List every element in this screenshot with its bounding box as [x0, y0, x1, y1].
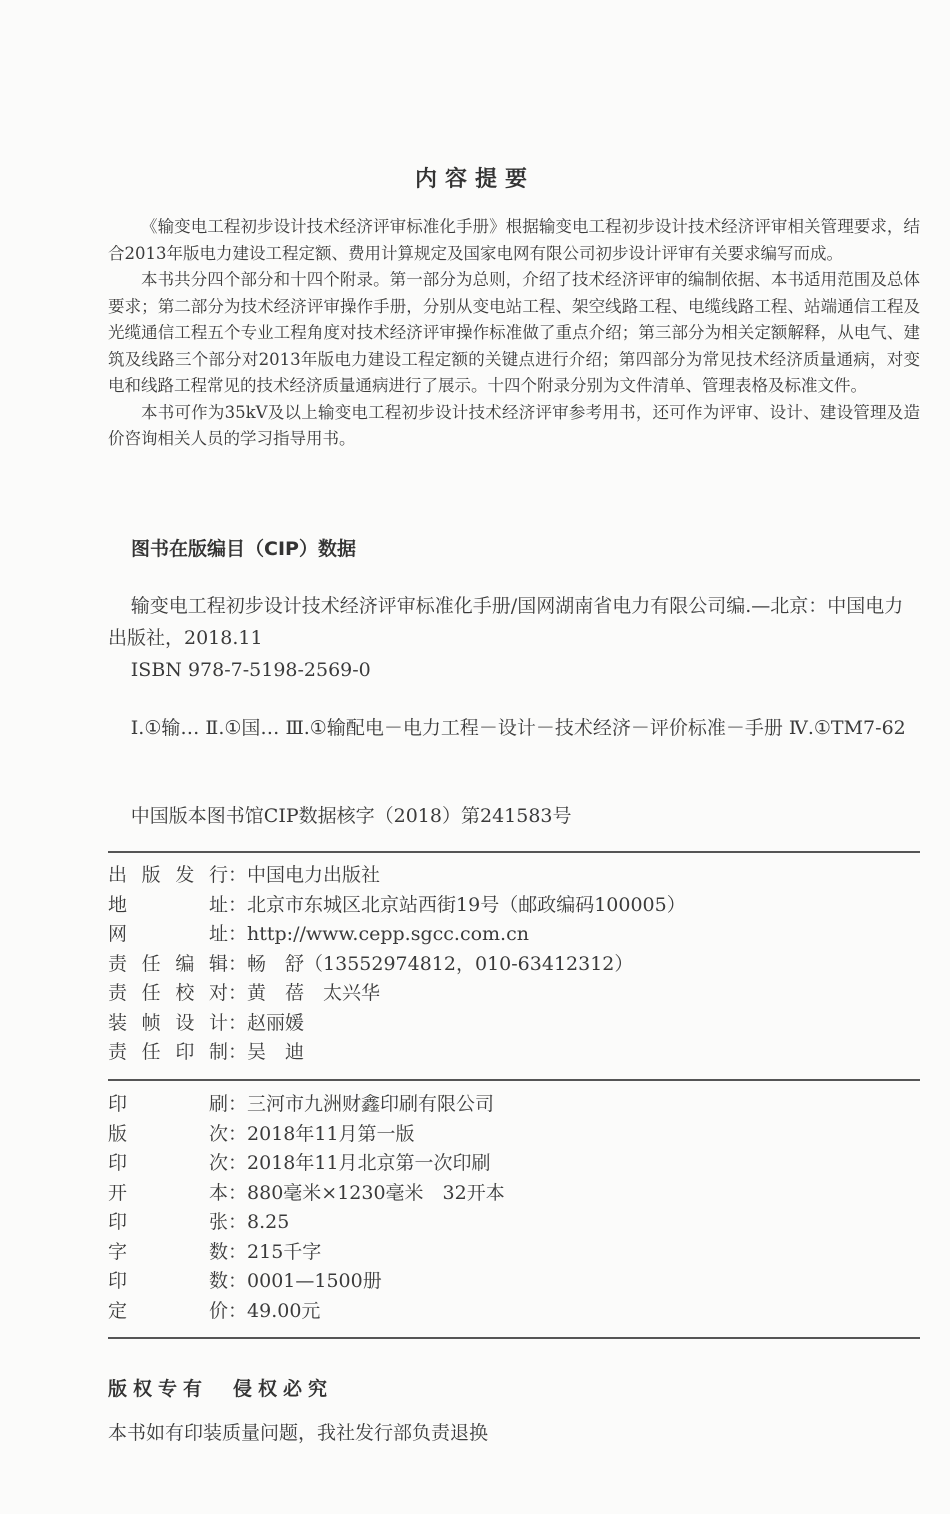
- info-label: 印次: [108, 1149, 228, 1179]
- info-value: 8.25: [247, 1208, 920, 1238]
- info-row-word-count: 字数 ：215千字: [108, 1238, 920, 1268]
- website-link: http://www.cepp.sgcc.com.cn: [247, 920, 920, 950]
- divider: [108, 1337, 920, 1339]
- cip-heading: 图书在版编目（CIP）数据: [131, 534, 356, 561]
- info-row-designer: 装帧设计 ：赵丽媛: [108, 1009, 920, 1039]
- info-label: 网址: [108, 920, 228, 950]
- cip-isbn: ISBN 978-7-5198-2569-0: [108, 654, 920, 686]
- info-row-printing: 印次 ：2018年11月北京第一次印刷: [108, 1149, 920, 1179]
- info-label: 印数: [108, 1267, 228, 1297]
- info-label: 定价: [108, 1297, 228, 1327]
- cip-classification-block: Ⅰ.①输… Ⅱ.①国… Ⅲ.①输配电－电力工程－设计－技术经济－评价标准－手册 …: [108, 712, 920, 744]
- info-label: 责任印制: [108, 1038, 228, 1068]
- info-value: 三河市九洲财鑫印刷有限公司: [247, 1090, 920, 1120]
- summary-paragraph: 本书可作为35kV及以上输变电工程初步设计技术经济评审参考用书，还可作为评审、设…: [108, 400, 920, 453]
- cip-number-block: 中国版本图书馆CIP数据核字（2018）第241583号: [108, 800, 920, 832]
- info-value: 畅 舒（13552974812，010-63412312）: [247, 950, 920, 980]
- info-row-proofreader: 责任校对 ：黄 蓓 太兴华: [108, 979, 920, 1009]
- info-row-edition: 版次 ：2018年11月第一版: [108, 1120, 920, 1150]
- info-row-address: 地址 ：北京市东城区北京站西街19号（邮政编码100005）: [108, 891, 920, 921]
- info-label: 责任校对: [108, 979, 228, 1009]
- info-value: 吴 迪: [247, 1038, 920, 1068]
- info-value: 2018年11月北京第一次印刷: [247, 1149, 920, 1179]
- info-label: 字数: [108, 1238, 228, 1268]
- cip-classification: Ⅰ.①输… Ⅱ.①国… Ⅲ.①输配电－电力工程－设计－技术经济－评价标准－手册 …: [108, 712, 920, 744]
- info-label: 版次: [108, 1120, 228, 1150]
- info-value: 中国电力出版社: [247, 861, 920, 891]
- summary-title: 内容提要: [0, 162, 950, 193]
- info-value: 赵丽媛: [247, 1009, 920, 1039]
- print-info: 印刷 ：三河市九洲财鑫印刷有限公司 版次 ：2018年11月第一版 印次 ：20…: [108, 1090, 920, 1326]
- cip-number: 中国版本图书馆CIP数据核字（2018）第241583号: [108, 800, 920, 832]
- divider: [108, 851, 920, 853]
- info-label: 地址: [108, 891, 228, 921]
- info-value: 49.00元: [247, 1297, 920, 1327]
- info-label: 责任编辑: [108, 950, 228, 980]
- info-row-editor: 责任编辑 ：畅 舒（13552974812，010-63412312）: [108, 950, 920, 980]
- info-label: 装帧设计: [108, 1009, 228, 1039]
- info-row-print-run: 印数 ：0001—1500册: [108, 1267, 920, 1297]
- summary-paragraph: 《输变电工程初步设计技术经济评审标准化手册》根据输变电工程初步设计技术经济评审相…: [108, 214, 920, 267]
- copyright-page: 内容提要 《输变电工程初步设计技术经济评审标准化手册》根据输变电工程初步设计技术…: [0, 0, 950, 1514]
- info-row-publisher: 出版发行 ：中国电力出版社: [108, 861, 920, 891]
- info-label: 开本: [108, 1179, 228, 1209]
- publisher-info: 出版发行 ：中国电力出版社 地址 ：北京市东城区北京站西街19号（邮政编码100…: [108, 861, 920, 1068]
- info-row-website: 网址 ：http://www.cepp.sgcc.com.cn: [108, 920, 920, 950]
- cip-record-block: 输变电工程初步设计技术经济评审标准化手册/国网湖南省电力有限公司编.—北京：中国…: [108, 590, 920, 686]
- info-row-sheets: 印张 ：8.25: [108, 1208, 920, 1238]
- cip-record: 输变电工程初步设计技术经济评审标准化手册/国网湖南省电力有限公司编.—北京：中国…: [108, 590, 920, 654]
- info-row-printer: 印刷 ：三河市九洲财鑫印刷有限公司: [108, 1090, 920, 1120]
- info-row-print-supervisor: 责任印制 ：吴 迪: [108, 1038, 920, 1068]
- info-label: 印张: [108, 1208, 228, 1238]
- summary-paragraph: 本书共分四个部分和十四个附录。第一部分为总则，介绍了技术经济评审的编制依据、本书…: [108, 267, 920, 400]
- info-value: 215千字: [247, 1238, 920, 1268]
- summary-body: 《输变电工程初步设计技术经济评审标准化手册》根据输变电工程初步设计技术经济评审相…: [108, 214, 920, 453]
- info-row-price: 定价 ：49.00元: [108, 1297, 920, 1327]
- info-label: 印刷: [108, 1090, 228, 1120]
- divider: [108, 1079, 920, 1081]
- info-label: 出版发行: [108, 861, 228, 891]
- info-row-format: 开本 ：880毫米×1230毫米 32开本: [108, 1179, 920, 1209]
- info-value: 2018年11月第一版: [247, 1120, 920, 1150]
- info-value: 880毫米×1230毫米 32开本: [247, 1179, 920, 1209]
- copyright-statement: 版权专有 侵权必究: [108, 1374, 333, 1401]
- quality-notice: 本书如有印装质量问题，我社发行部负责退换: [108, 1418, 488, 1445]
- info-value: 0001—1500册: [247, 1267, 920, 1297]
- info-value: 黄 蓓 太兴华: [247, 979, 920, 1009]
- info-value: 北京市东城区北京站西街19号（邮政编码100005）: [247, 891, 920, 921]
